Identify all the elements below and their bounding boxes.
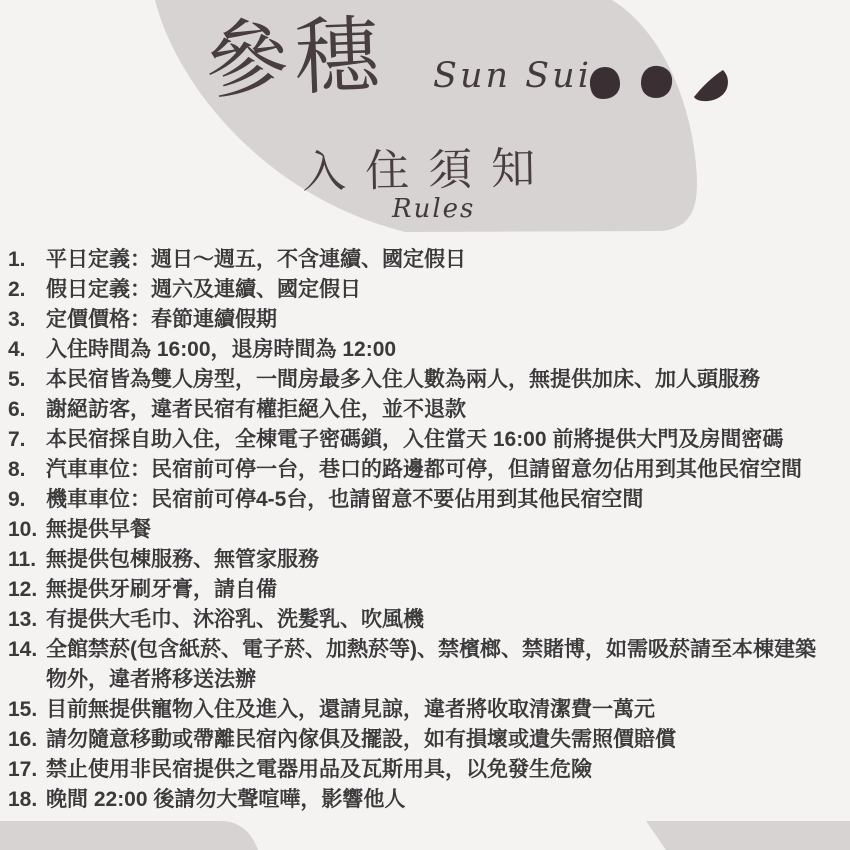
- rule-text: 機車車位：民宿前可停4-5台，也請留意不要佔用到其他民宿空間: [46, 488, 643, 511]
- rule-number: 15.: [8, 695, 37, 725]
- rule-number: 11.: [8, 545, 36, 575]
- rule-item: 11. 無提供包棟服務、無管家服務: [0, 545, 836, 575]
- rule-text: 請勿隨意移動或帶離民宿內傢俱及擺設，如有損壞或遺失需照價賠償: [46, 728, 676, 751]
- rule-number: 13.: [8, 605, 37, 635]
- rule-number: 4.: [8, 335, 26, 365]
- rule-number: 2.: [8, 275, 26, 305]
- rule-item: 4. 入住時間為 16:00，退房時間為 12:00: [0, 335, 836, 365]
- rule-item: 5. 本民宿皆為雙人房型，一間房最多入住人數為兩人，無提供加床、加人頭服務: [0, 365, 836, 395]
- rule-number: 1.: [8, 245, 26, 275]
- rule-text: 本民宿皆為雙人房型，一間房最多入住人數為兩人，無提供加床、加人頭服務: [46, 368, 760, 391]
- rule-item: 16. 請勿隨意移動或帶離民宿內傢俱及擺設，如有損壞或遺失需照價賠償: [0, 725, 836, 755]
- rules-poster: 參穗 Sun Sui 入住須知 Rules 1. 平日定義：週日～週五，不含連續…: [0, 0, 850, 850]
- poster-header: 參穗 Sun Sui 入住須知 Rules: [0, 0, 850, 240]
- rule-number: 8.: [8, 455, 26, 485]
- rule-text: 無提供牙刷牙膏，請自備: [46, 578, 277, 601]
- rule-number: 17.: [8, 755, 37, 785]
- rule-number: 16.: [8, 725, 37, 755]
- rule-number: 3.: [8, 305, 26, 335]
- rule-text: 假日定義：週六及連續、國定假日: [46, 278, 361, 301]
- rule-item: 13. 有提供大毛巾、沐浴乳、洗髮乳、吹風機: [0, 605, 836, 635]
- rule-text: 無提供早餐: [46, 518, 151, 541]
- rule-number: 7.: [8, 425, 26, 455]
- rule-item: 6. 謝絕訪客，違者民宿有權拒絕入住，並不退款: [0, 395, 836, 425]
- rule-item: 7. 本民宿採自助入住，全棟電子密碼鎖，入住當天 16:00 前將提供大門及房間…: [0, 425, 836, 455]
- rule-number: 6.: [8, 395, 26, 425]
- rules-list: 1. 平日定義：週日～週五，不含連續、國定假日 2. 假日定義：週六及連續、國定…: [0, 245, 850, 815]
- rule-item: 14. 全館禁菸(包含紙菸、電子菸、加熱菸等)、禁檳榔、禁賭博，如需吸菸請至本棟…: [0, 635, 836, 695]
- rule-text: 汽車車位：民宿前可停一台，巷口的路邊都可停，但請留意勿佔用到其他民宿空間: [46, 458, 802, 481]
- rule-text: 本民宿採自助入住，全棟電子密碼鎖，入住當天 16:00 前將提供大門及房間密碼: [46, 428, 783, 451]
- rule-number: 5.: [8, 365, 26, 395]
- page-title-english: Rules: [392, 194, 475, 224]
- rule-item: 9. 機車車位：民宿前可停4-5台，也請留意不要佔用到其他民宿空間: [0, 485, 836, 515]
- rule-text: 禁止使用非民宿提供之電器用品及瓦斯用具，以免發生危險: [46, 758, 592, 781]
- rule-text: 全館禁菸(包含紙菸、電子菸、加熱菸等)、禁檳榔、禁賭博，如需吸菸請至本棟建築物外…: [46, 638, 816, 691]
- rule-item: 8. 汽車車位：民宿前可停一台，巷口的路邊都可停，但請留意勿佔用到其他民宿空間: [0, 455, 836, 485]
- rule-text: 平日定義：週日～週五，不含連續、國定假日: [46, 248, 466, 271]
- rule-item: 18. 晚間 22:00 後請勿大聲喧嘩，影響他人: [0, 785, 836, 815]
- bottom-right-shape: [646, 821, 850, 850]
- rule-item: 10. 無提供早餐: [0, 515, 836, 545]
- rule-item: 12. 無提供牙刷牙膏，請自備: [0, 575, 836, 605]
- rule-text: 無提供包棟服務、無管家服務: [46, 548, 319, 571]
- rule-text: 定價價格：春節連續假期: [46, 308, 277, 331]
- rule-number: 18.: [8, 785, 37, 815]
- rule-item: 15. 目前無提供寵物入住及進入，還請見諒，違者將收取清潔費一萬元: [0, 695, 836, 725]
- rule-text: 謝絕訪客，違者民宿有權拒絕入住，並不退款: [46, 398, 466, 421]
- rule-item: 1. 平日定義：週日～週五，不含連續、國定假日: [0, 245, 836, 275]
- rule-item: 17. 禁止使用非民宿提供之電器用品及瓦斯用具，以免發生危險: [0, 755, 836, 785]
- rule-number: 9.: [8, 485, 26, 515]
- rule-text: 入住時間為 16:00，退房時間為 12:00: [46, 338, 396, 361]
- rule-text: 目前無提供寵物入住及進入，還請見諒，違者將收取清潔費一萬元: [46, 698, 655, 721]
- rule-item: 3. 定價價格：春節連續假期: [0, 305, 836, 335]
- rule-number: 12.: [8, 575, 37, 605]
- rule-text: 晚間 22:00 後請勿大聲喧嘩，影響他人: [46, 788, 405, 811]
- rule-text: 有提供大毛巾、沐浴乳、洗髮乳、吹風機: [46, 608, 424, 631]
- rule-number: 10.: [8, 515, 37, 545]
- brand-logo-latin: Sun Sui: [433, 56, 592, 96]
- bottom-left-shape: [0, 821, 258, 850]
- rule-item: 2. 假日定義：週六及連續、國定假日: [0, 275, 836, 305]
- brand-logo-cjk: 參穗: [203, 5, 386, 112]
- rule-number: 14.: [8, 635, 37, 665]
- page-title: 入住須知: [301, 132, 554, 200]
